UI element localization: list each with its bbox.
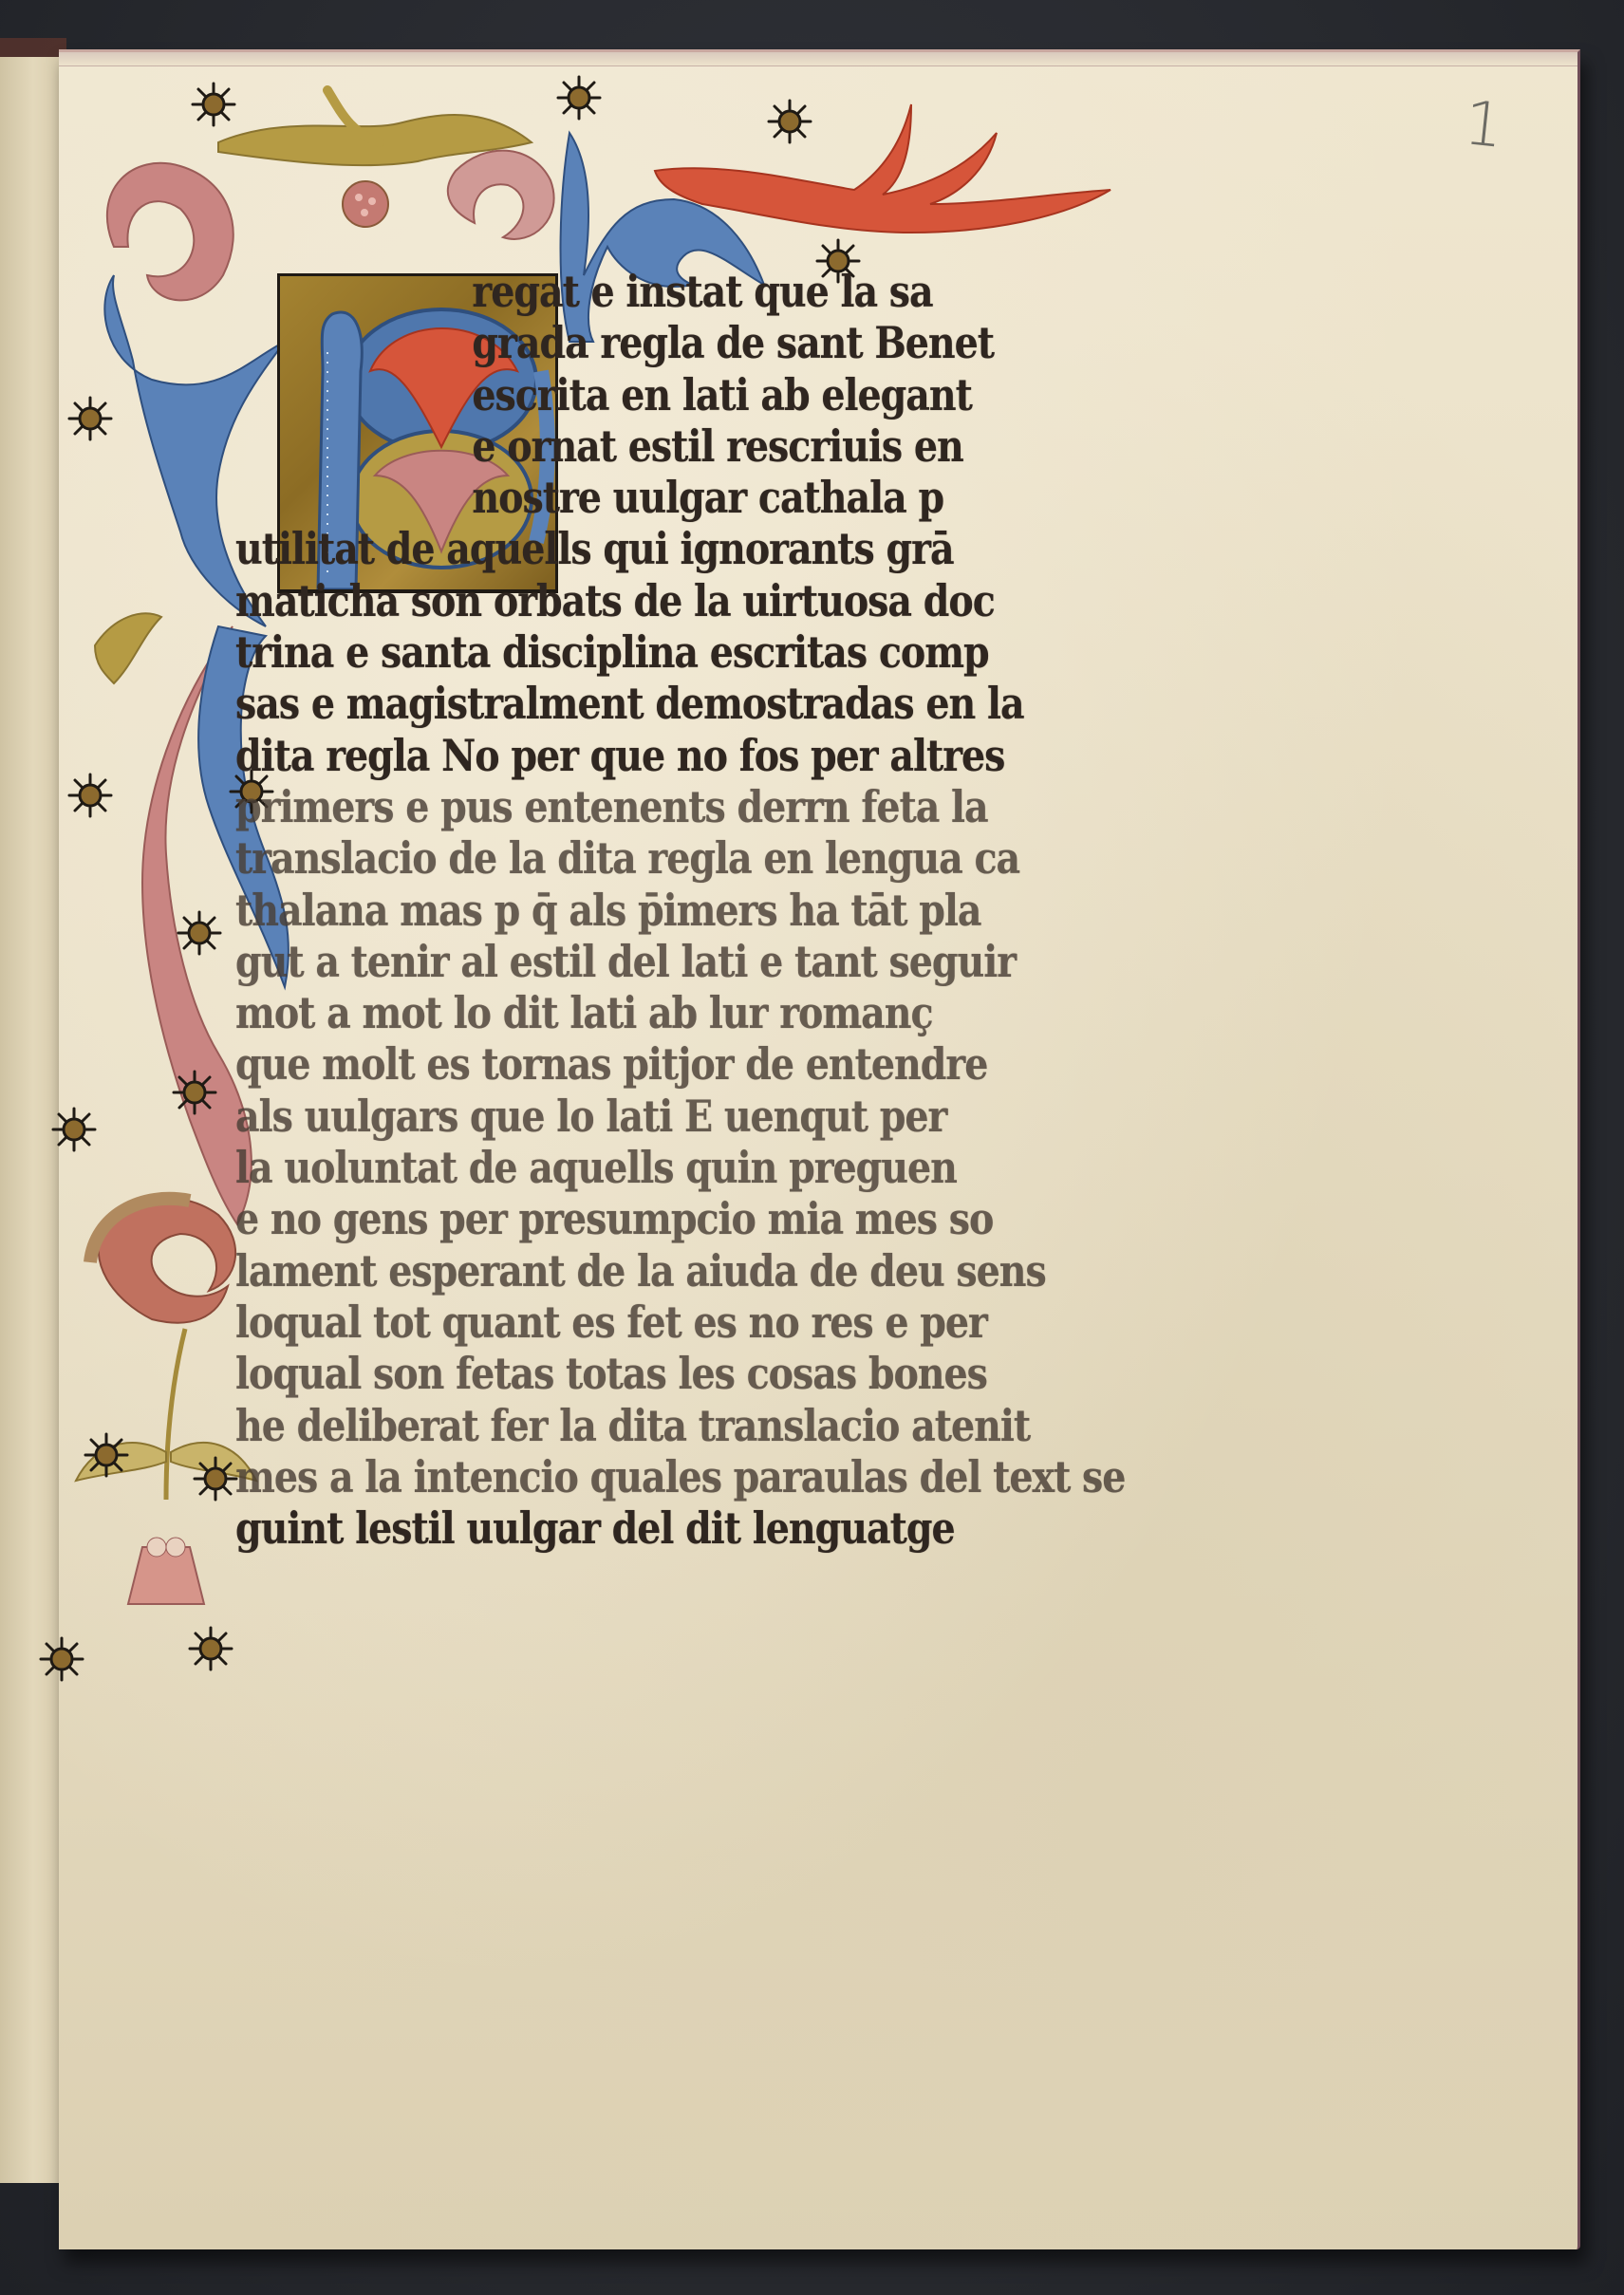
- manuscript-text-block: regat e instat que la sa grada regla de …: [235, 266, 1128, 1554]
- text-line: grada regla de sant Benet: [235, 317, 1002, 368]
- text-line: he deliberat fer la dita translacio aten…: [235, 1400, 1002, 1451]
- text-line: loqual tot quant es fet es no res e per: [235, 1297, 1002, 1348]
- text-line: nostre uulgar cathala p: [235, 472, 1002, 523]
- text-line: la uoluntat de aquells quin preguen: [235, 1142, 1002, 1193]
- text-line: loqual son fetas totas les cosas bones: [235, 1348, 1002, 1399]
- text-line: e no gens per presumpcio mia mes so: [235, 1193, 1002, 1244]
- text-line: mes a la intencio quales paraulas del te…: [235, 1451, 1002, 1502]
- text-line: e ornat estil rescriuis en: [235, 420, 1002, 472]
- text-line: translacio de la dita regla en lengua ca: [235, 832, 1002, 884]
- text-line: gut a tenir al estil del lati e tant seg…: [235, 936, 1002, 987]
- text-line: mot a mot lo dit lati ab lur romanç: [235, 987, 1002, 1038]
- text-line: sas e magistralment demostradas en la: [235, 678, 1002, 729]
- text-line: als uulgars que lo lati E uenqut per: [235, 1091, 1002, 1142]
- text-line: dita regla No per que no fos per altres: [235, 730, 1002, 781]
- text-line: que molt es tornas pitjor de entendre: [235, 1038, 1002, 1090]
- text-line: guint lestil uulgar del dit lenguatge: [235, 1502, 1002, 1554]
- page-top-edge: [59, 52, 1577, 66]
- text-line: trina e santa disciplina escritas comp: [235, 626, 1002, 678]
- text-line: escrita en lati ab elegant: [235, 369, 1002, 420]
- text-line: thalana mas p q̄ als p̄imers ha tāt pla: [235, 885, 1002, 936]
- folio-number: 1: [1462, 88, 1507, 162]
- text-line: lament esperant de la aiuda de deu sens: [235, 1245, 1002, 1297]
- text-line: maticha son orbats de la uirtuosa doc: [235, 575, 1002, 626]
- text-line: regat e instat que la sa: [235, 266, 1002, 317]
- text-line: primers e pus entenents derrn feta la: [235, 781, 1002, 832]
- text-line: utilitat de aquells qui ignorants grā: [235, 523, 1002, 574]
